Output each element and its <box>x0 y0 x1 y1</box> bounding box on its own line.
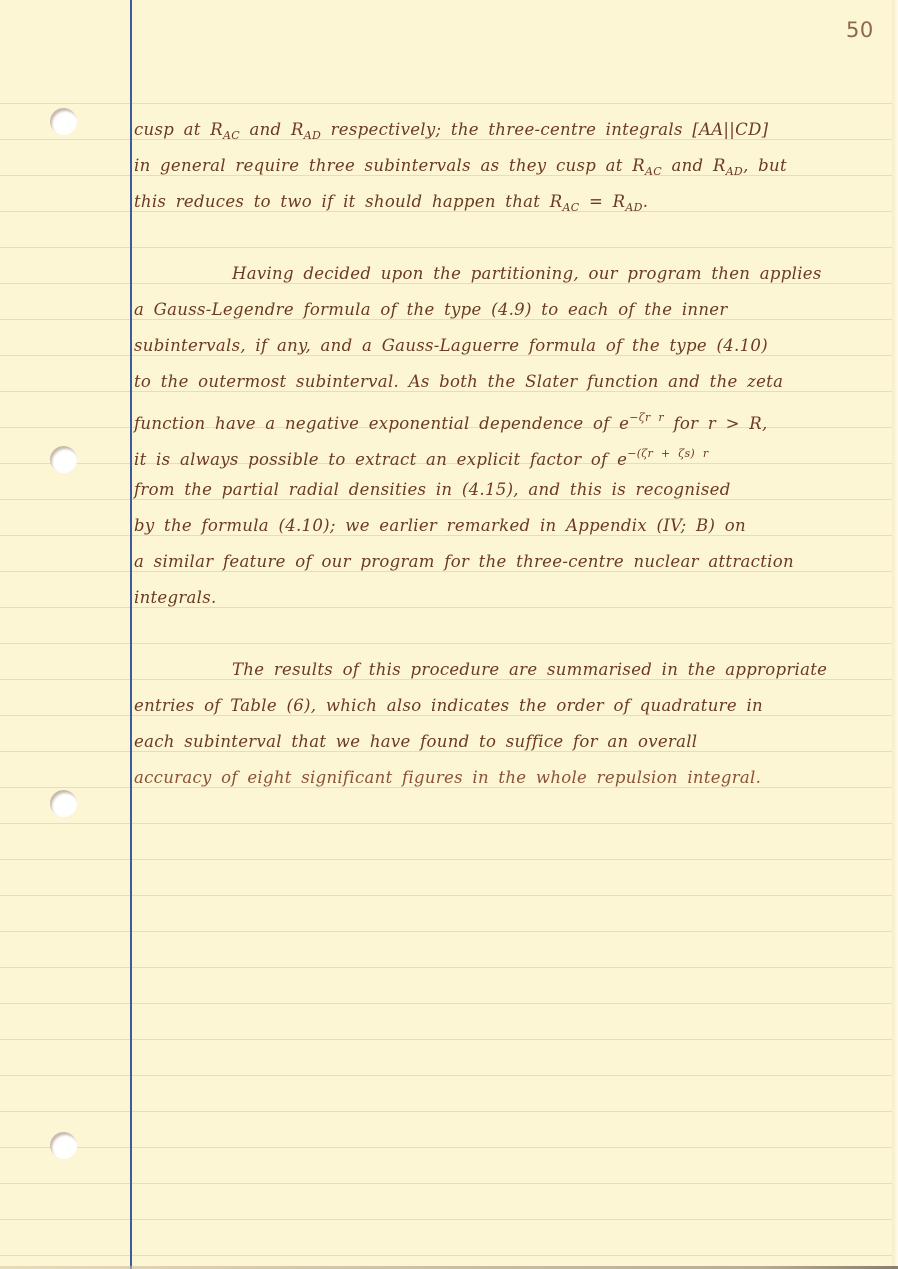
subscript: AC <box>223 129 240 142</box>
text-line: integrals. <box>134 583 888 613</box>
paper-edge <box>892 0 898 1269</box>
text-run: a Gauss-Legendre formula of the type (4.… <box>134 300 728 319</box>
text-run: Having decided upon the partitioning, ou… <box>232 264 822 283</box>
text-run: this reduces to two if it should happen … <box>134 192 563 211</box>
text-line: cusp at RAC and RAD respectively; the th… <box>134 115 888 145</box>
subscript: AC <box>563 201 580 214</box>
subscript: AD <box>726 165 743 178</box>
ruled-line <box>0 859 892 860</box>
text-line: a Gauss-Legendre formula of the type (4.… <box>134 295 888 325</box>
text-run: each subinterval that we have found to s… <box>134 732 697 751</box>
ruled-line <box>0 1075 892 1076</box>
ruled-line <box>0 931 892 932</box>
text-line: by the formula (4.10); we earlier remark… <box>134 511 888 541</box>
text-line: a similar feature of our program for the… <box>134 547 888 577</box>
text-run: it is always possible to extract an expl… <box>134 450 627 469</box>
text-line: function have a negative exponential dep… <box>134 403 888 433</box>
ruled-line <box>0 1219 892 1220</box>
notebook-page: 50 cusp at RAC and RAD respectively; the… <box>0 0 898 1269</box>
subscript: AD <box>304 129 321 142</box>
superscript: −(ζr + ζs) r <box>627 447 708 460</box>
text-run: and R <box>240 120 304 139</box>
subscript: AC <box>645 165 662 178</box>
text-run: The results of this procedure are summar… <box>232 660 827 679</box>
text-run: subintervals, if any, and a Gauss-Laguer… <box>134 336 768 355</box>
subscript: AD <box>625 201 642 214</box>
text-run: and R <box>662 156 726 175</box>
text-run: for r > R, <box>664 414 768 433</box>
text-line: subintervals, if any, and a Gauss-Laguer… <box>134 331 888 361</box>
ruled-line <box>0 1147 892 1148</box>
text-run: , but <box>743 156 787 175</box>
text-run: from the partial radial densities in (4.… <box>134 480 731 499</box>
text-line: from the partial radial densities in (4.… <box>134 475 888 505</box>
page-number: 50 <box>846 18 874 42</box>
text-run: in general require three subintervals as… <box>134 156 645 175</box>
text-line: this reduces to two if it should happen … <box>134 187 888 217</box>
text-line: The results of this procedure are summar… <box>232 655 888 685</box>
text-run: to the outermost subinterval. As both th… <box>134 372 783 391</box>
ruled-line <box>0 895 892 896</box>
ruled-line <box>0 247 892 248</box>
text-run: entries of Table (6), which also indicat… <box>134 696 763 715</box>
text-run: respectively; the three-centre integrals… <box>321 120 768 139</box>
text-line: entries of Table (6), which also indicat… <box>134 691 888 721</box>
text-run: function have a negative exponential dep… <box>134 414 629 433</box>
text-run: integrals. <box>134 588 217 607</box>
ruled-line <box>0 967 892 968</box>
ruled-line <box>0 1003 892 1004</box>
punch-hole-icon <box>50 108 77 135</box>
ruled-line <box>0 1255 892 1256</box>
text-run: accuracy of eight significant figures in… <box>134 768 761 787</box>
text-run: a similar feature of our program for the… <box>134 552 794 571</box>
text-line: it is always possible to extract an expl… <box>134 439 888 469</box>
ruled-line <box>0 643 892 644</box>
superscript: −ζr r <box>629 411 664 424</box>
text-run: cusp at R <box>134 120 223 139</box>
text-run: = R <box>579 192 625 211</box>
text-line: each subinterval that we have found to s… <box>134 727 888 757</box>
margin-line <box>130 0 132 1269</box>
text-line: Having decided upon the partitioning, ou… <box>232 259 888 289</box>
text-line: in general require three subintervals as… <box>134 151 888 181</box>
ruled-line <box>0 1039 892 1040</box>
ruled-line <box>0 823 892 824</box>
text-run: by the formula (4.10); we earlier remark… <box>134 516 746 535</box>
text-run: . <box>643 192 649 211</box>
text-line: to the outermost subinterval. As both th… <box>134 367 888 397</box>
punch-hole-icon <box>50 1132 77 1159</box>
punch-hole-icon <box>50 790 77 817</box>
ruled-line <box>0 1111 892 1112</box>
ruled-line <box>0 103 892 104</box>
text-line: accuracy of eight significant figures in… <box>134 763 888 793</box>
ruled-line <box>0 1183 892 1184</box>
punch-hole-icon <box>50 446 77 473</box>
